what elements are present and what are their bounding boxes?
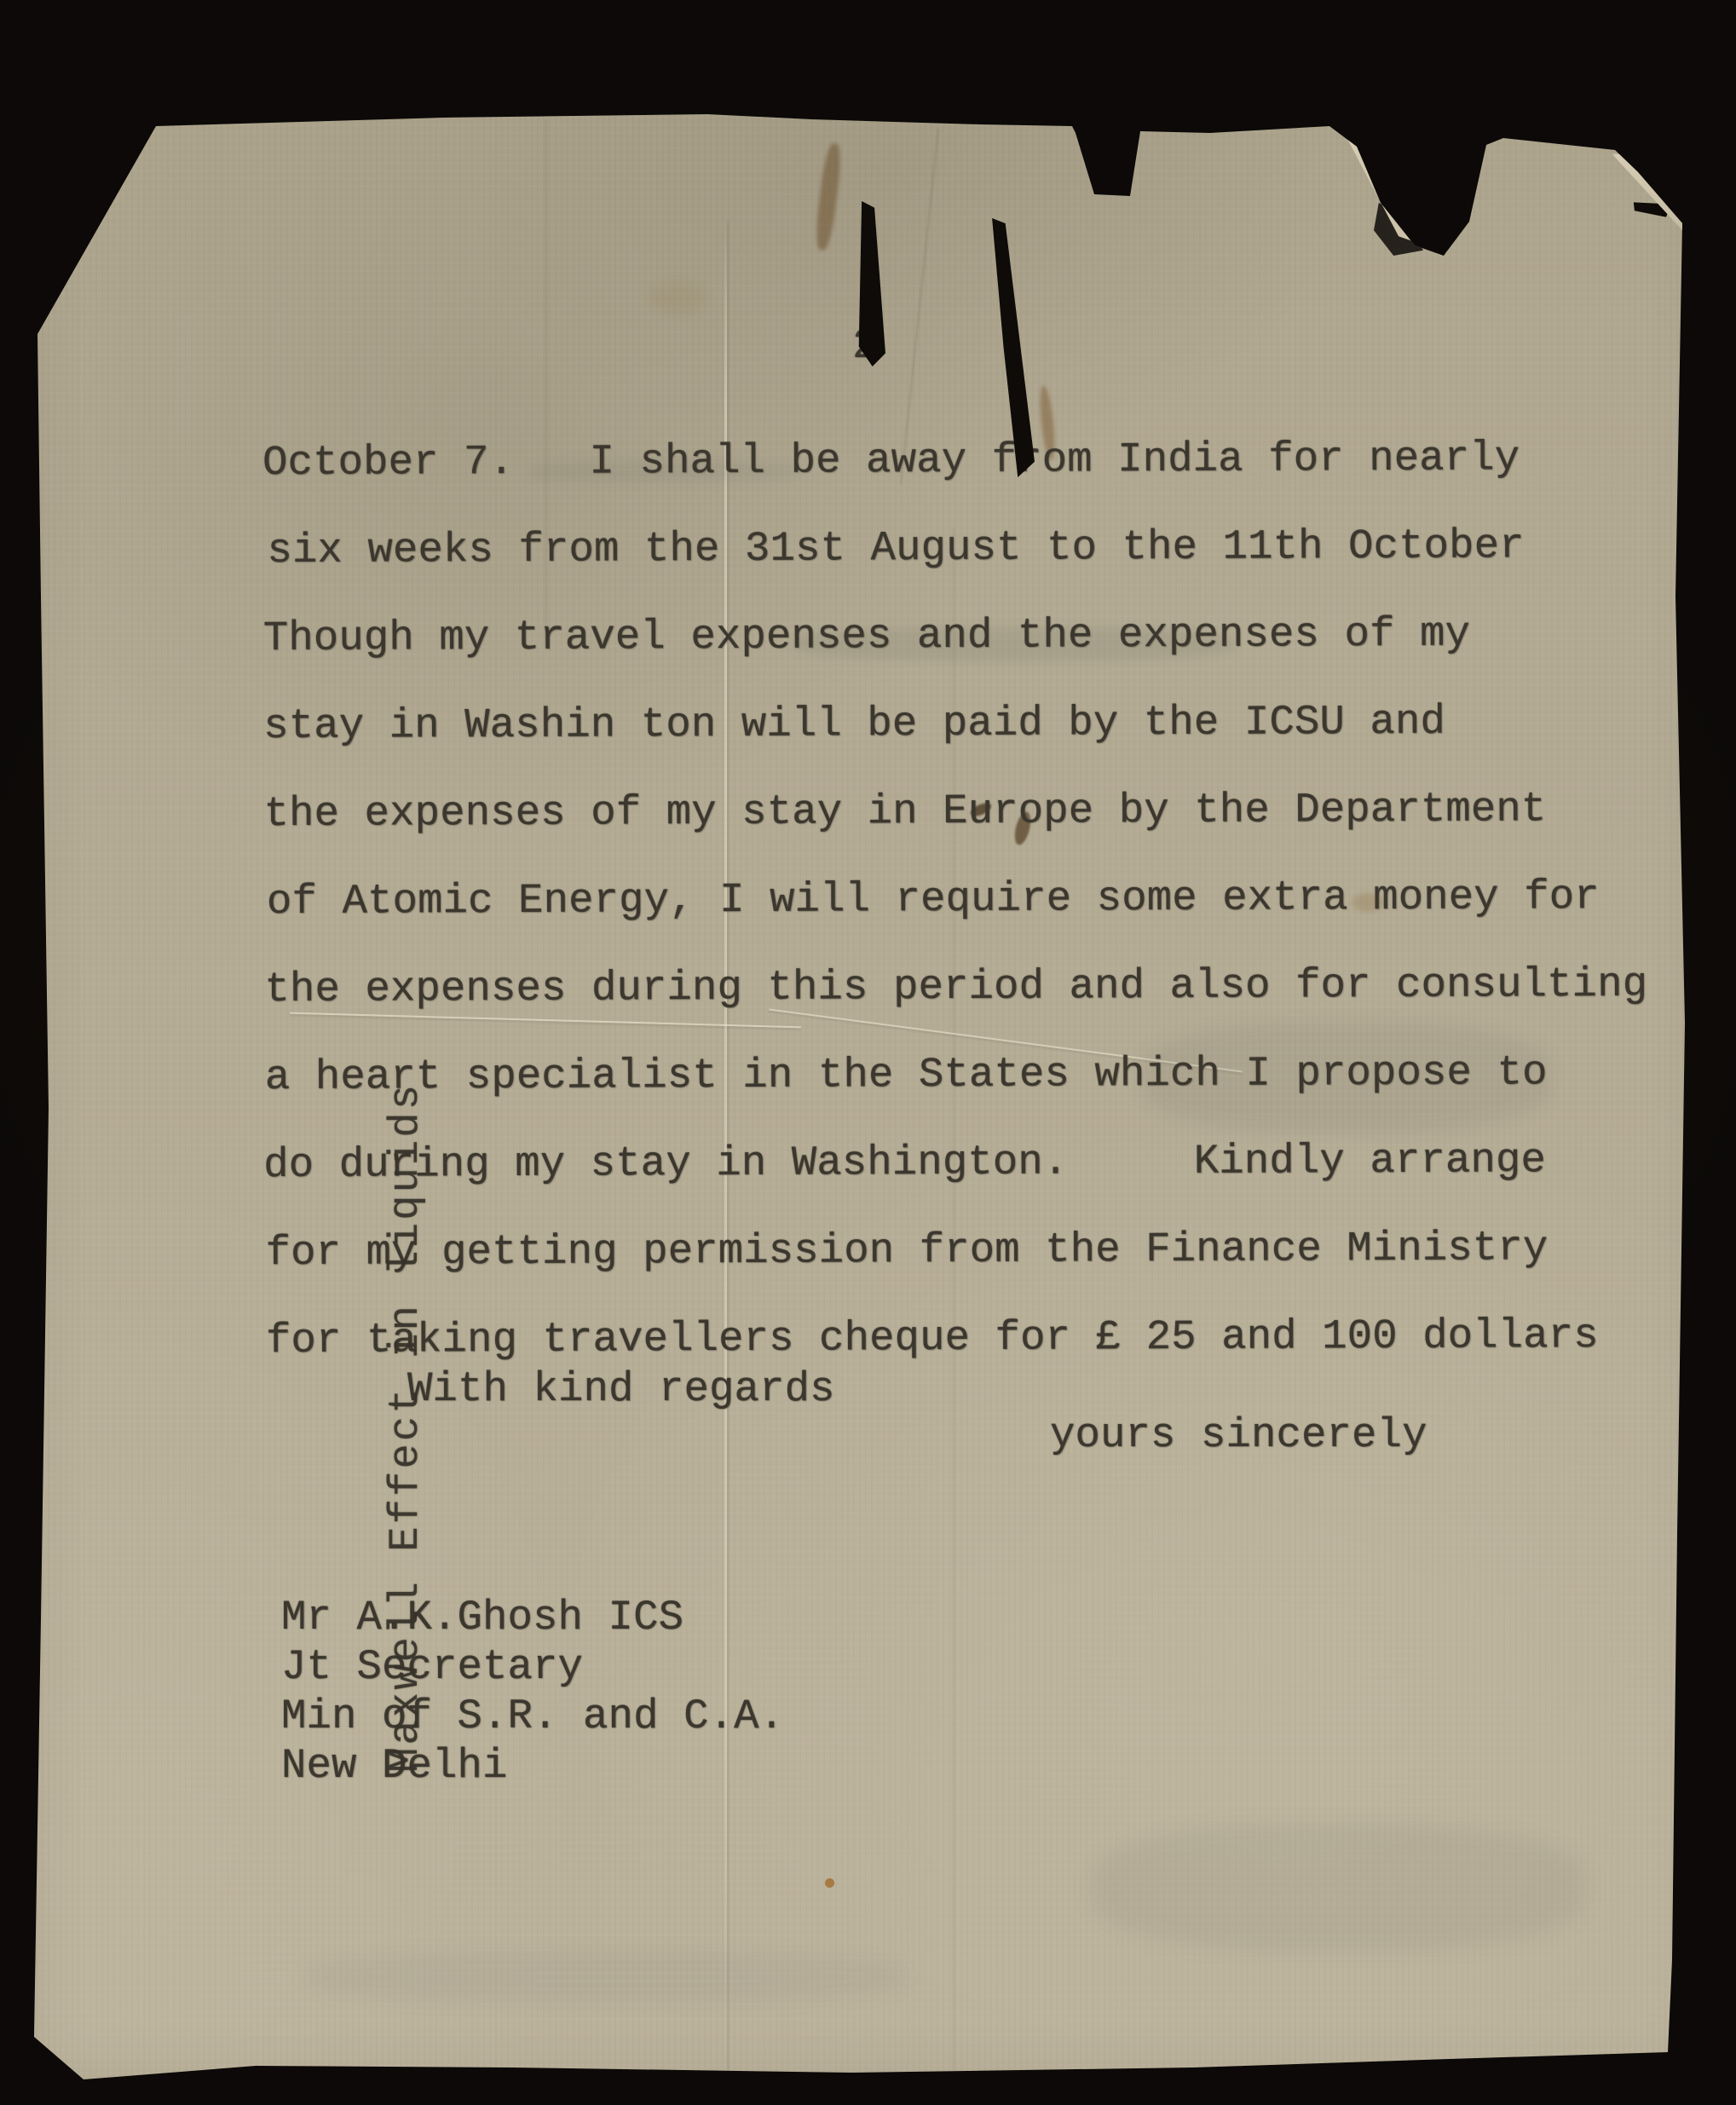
ink-bleed-smudge <box>307 1952 903 2003</box>
letter-line: for my getting permission from the Finan… <box>265 1204 1648 1297</box>
letter-line: stay in Washin ton will be paid by the I… <box>263 678 1647 770</box>
tear-hole <box>856 201 885 366</box>
letter-line: of Atomic Energy, I will require some ex… <box>267 853 1647 946</box>
recipient-line: Mr A.K.Ghosh ICS <box>281 1593 784 1642</box>
letter-line: do during my stay in Washington. Kindly … <box>263 1116 1648 1209</box>
ink-bleed-smudge <box>1091 1824 1585 1952</box>
closing-line: With kind regards <box>407 1365 835 1413</box>
scanner-backdrop: 2 October 7. I shall be away from India … <box>0 0 1736 2105</box>
recipient-block: Mr A.K.Ghosh ICS Jt Secretary Min of S.R… <box>281 1593 784 1791</box>
recipient-line: Jt Secretary <box>281 1642 784 1692</box>
signoff-line: yours sincerely <box>1050 1411 1427 1459</box>
letter-line: Though my travel expenses and the expens… <box>263 590 1647 683</box>
fold-flap <box>1345 135 1486 256</box>
vertical-marginalia: Maxwell Effect in liquids <box>385 1082 427 1773</box>
letter-page: 2 October 7. I shall be away from India … <box>0 0 1736 2105</box>
letter-line: six weeks from the 31st August to the 11… <box>267 502 1646 595</box>
rust-stain <box>813 142 843 251</box>
letter-line: the expenses during this period and also… <box>264 941 1647 1034</box>
recipient-line: Min of S.R. and C.A. <box>281 1692 784 1741</box>
faint-stain <box>648 281 707 315</box>
recipient-line: New Delhi <box>281 1741 784 1791</box>
letter-line: October 7. I shall be away from India fo… <box>262 414 1646 507</box>
letter-body: October 7. I shall be away from India fo… <box>262 414 1649 1385</box>
corner-fold-flap <box>1612 150 1693 237</box>
rust-dot <box>825 1878 834 1888</box>
letter-line: a heart specialist in the States which I… <box>265 1029 1648 1122</box>
letter-line: the expenses of my stay in Europe by the… <box>263 765 1647 858</box>
